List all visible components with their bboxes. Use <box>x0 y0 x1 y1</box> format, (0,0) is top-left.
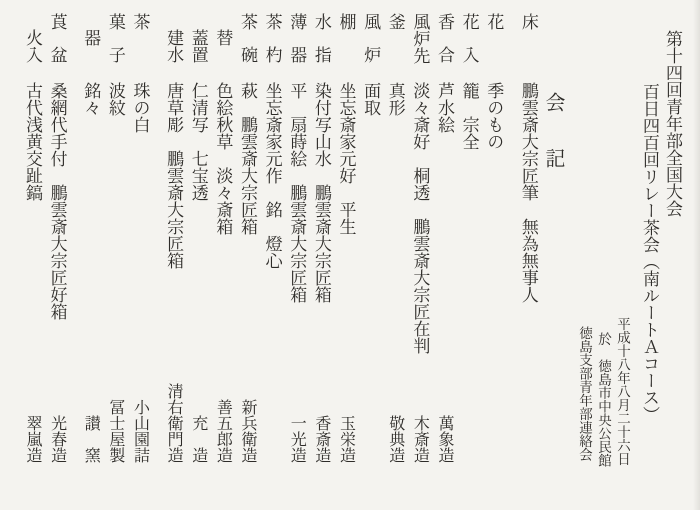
item-maker: 香斎造 <box>309 415 333 463</box>
item-description: 坐忘斎家元作 銘 燈心 <box>260 82 284 269</box>
item-description: 色絵秋草 淡々斎箱 <box>210 82 234 235</box>
item-name: 莨盆 <box>45 13 69 79</box>
item-description: 珠の白 <box>128 82 152 133</box>
record-column: 棚 坐忘斎家元好 平生 玉栄造 <box>334 13 358 465</box>
item-maker: 玉栄造 <box>334 415 358 463</box>
record-column: 替 色絵秋草 淡々斎箱 善五郎造 <box>210 13 234 465</box>
item-maker: 新兵衛造 <box>235 399 259 463</box>
item-description: 淡々斎好 桐透 鵬雲斎大宗匠在判 <box>407 82 431 354</box>
item-maker: 讃 窯 <box>78 415 102 463</box>
item-description: 銘々 <box>78 82 102 116</box>
record-column: 建水 唐草彫 鵬雲斎大宗匠箱 清右衛門造 <box>161 13 185 465</box>
item-name: 風炉先 <box>407 13 431 64</box>
kaiki-document: 第十四回青年部全国大会 百日四百回リレー茶会（南ルートＡコース） 平成十八年八月… <box>0 0 700 510</box>
item-name: 床 <box>516 13 540 30</box>
item-description: 季のもの <box>481 82 505 150</box>
item-name: 替 <box>210 29 234 46</box>
record-column: 花 季のもの <box>481 13 505 465</box>
item-description: 真形 <box>383 82 407 116</box>
item-name: 火入 <box>20 29 44 63</box>
item-description: 古代浅黄交趾鎬 <box>20 82 44 201</box>
record-column: 茶碗 萩 鵬雲斎大宗匠箱 新兵衛造 <box>235 13 259 465</box>
title-line-2: 百日四百回リレー茶会（南ルートＡコース） <box>637 83 660 423</box>
item-description: 平 扇蒔絵 鵬雲斎大宗匠箱 <box>284 82 308 303</box>
scan-edge-shadow <box>693 0 700 510</box>
item-name: 茶 <box>128 13 152 30</box>
item-description: 波紋 <box>103 82 127 116</box>
item-name: 茶碗 <box>235 13 259 79</box>
item-maker: 一光造 <box>284 415 308 463</box>
item-maker: 冨士屋製 <box>103 399 127 463</box>
item-name: 水指 <box>309 13 333 79</box>
record-column: 火入 古代浅黄交趾鎬 翠嵐造 <box>20 13 44 465</box>
event-venue: 於 徳島市中央公民館 <box>594 332 612 467</box>
record-column: 莨盆 桑網代手付 鵬雲斎大宗匠好箱 光春造 <box>45 13 69 465</box>
item-description: 籠 宗全 <box>457 82 481 150</box>
item-maker: 充 造 <box>186 415 210 463</box>
item-maker: 翠嵐造 <box>20 415 44 463</box>
item-name: 蓋置 <box>186 29 210 63</box>
record-column: 水指 染付写山水 鵬雲斎大宗匠箱 香斎造 <box>309 13 333 465</box>
item-description: 坐忘斎家元好 平生 <box>334 82 358 235</box>
item-description: 唐草彫 鵬雲斎大宗匠箱 <box>161 82 185 269</box>
item-name: 花入 <box>457 13 481 79</box>
item-description: 芦水絵 <box>432 82 456 133</box>
record-column: 釜 真形 敬典造 <box>383 13 407 465</box>
item-name: 器 <box>78 29 102 46</box>
item-maker: 清右衛門造 <box>161 383 185 463</box>
item-maker: 光春造 <box>45 415 69 463</box>
item-description: 鵬雲斎大宗匠筆 無為無事人 <box>516 82 540 303</box>
item-name: 花 <box>481 13 505 30</box>
organizer: 徳島支部青年部連絡会 <box>575 326 593 461</box>
item-description: 面取 <box>358 82 382 116</box>
item-name: 釜 <box>383 13 407 30</box>
item-description: 染付写山水 鵬雲斎大宗匠箱 <box>309 82 333 303</box>
event-date: 平成十八年八月二十六日 <box>613 317 631 466</box>
record-column: 風炉 面取 <box>358 13 382 465</box>
record-column: 風炉先 淡々斎好 桐透 鵬雲斎大宗匠在判 木斎造 <box>407 13 431 465</box>
item-maker: 木斎造 <box>407 415 431 463</box>
record-column: 薄器 平 扇蒔絵 鵬雲斎大宗匠箱 一光造 <box>284 13 308 465</box>
item-name: 薄器 <box>284 13 308 79</box>
item-description: 仁清写 七宝透 <box>186 82 210 201</box>
item-name: 香合 <box>432 13 456 79</box>
record-column: 茶 珠の白 小山園詰 <box>128 13 152 465</box>
record-column: 器 銘々 讃 窯 <box>78 13 102 465</box>
item-name: 棚 <box>334 13 358 30</box>
record-column: 床 鵬雲斎大宗匠筆 無為無事人 <box>516 13 540 465</box>
section-heading-kaiki: 会 記 <box>539 92 566 176</box>
item-name: 建水 <box>161 29 185 63</box>
item-maker: 小山園詰 <box>128 399 152 463</box>
item-maker: 萬象造 <box>432 415 456 463</box>
item-maker: 善五郎造 <box>210 399 234 463</box>
item-description: 萩 鵬雲斎大宗匠箱 <box>235 82 259 235</box>
title-line-1: 第十四回青年部全国大会 <box>660 30 683 217</box>
record-column: 香合 芦水絵 萬象造 <box>432 13 456 465</box>
item-description: 桑網代手付 鵬雲斎大宗匠好箱 <box>45 82 69 320</box>
record-column: 蓋置 仁清写 七宝透 充 造 <box>186 13 210 465</box>
item-name: 風炉 <box>358 13 382 79</box>
record-column: 菓子 波紋 冨士屋製 <box>103 13 127 465</box>
item-maker: 敬典造 <box>383 415 407 463</box>
item-name: 菓子 <box>103 13 127 79</box>
utensil-record-list: 床 鵬雲斎大宗匠筆 無為無事人 花 季のもの 花入 籠 宗全 香合 芦水絵 萬象… <box>20 13 540 465</box>
record-column: 花入 籠 宗全 <box>457 13 481 465</box>
record-column: 茶杓 坐忘斎家元作 銘 燈心 <box>260 13 284 465</box>
item-name: 茶杓 <box>260 13 284 79</box>
